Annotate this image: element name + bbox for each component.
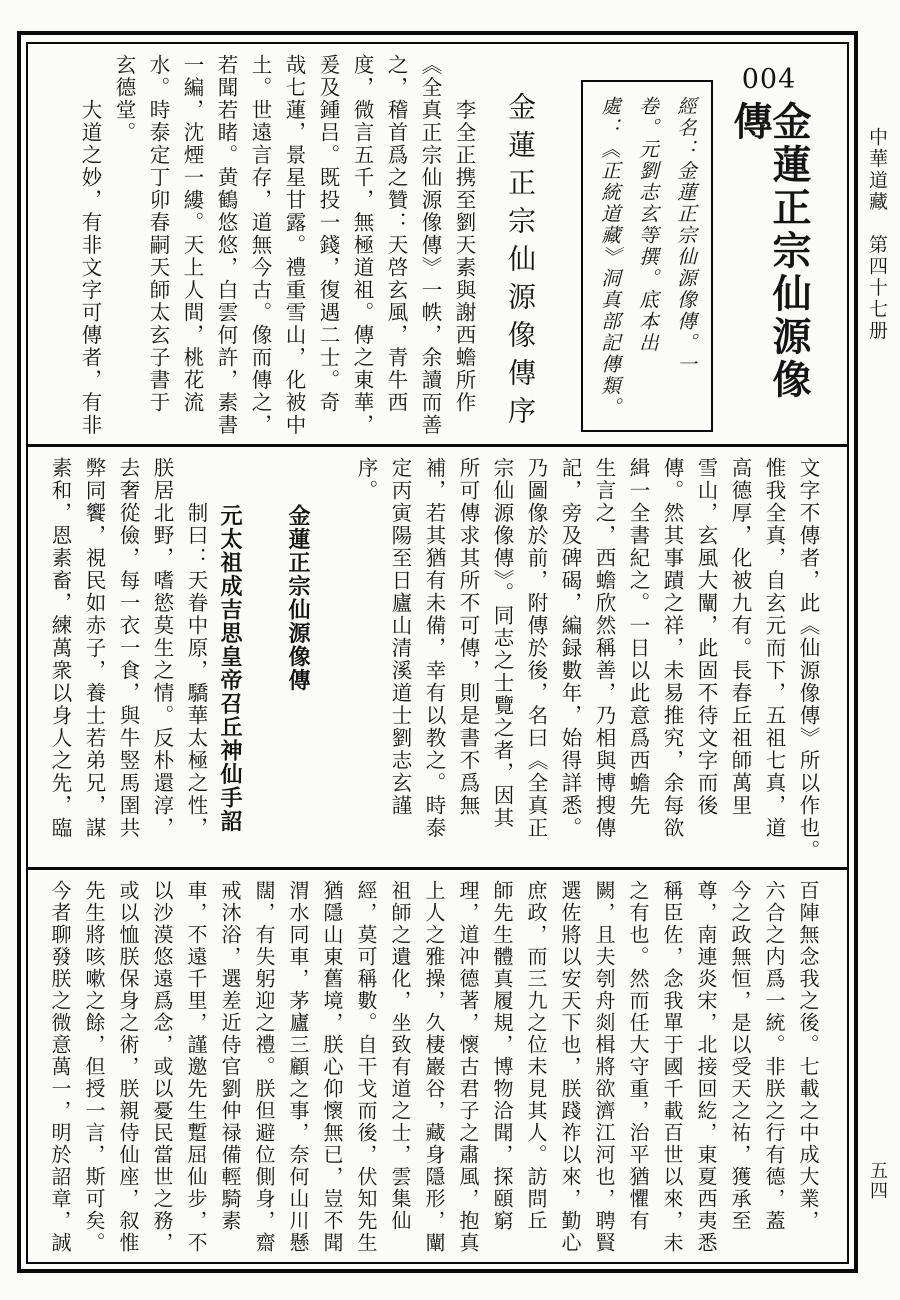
- text-column: 六合之内爲一統。非朕之行有德，蓋: [757, 880, 791, 1256]
- text-column: 今之政無恒，是以受天之祐，獲承至: [723, 880, 757, 1256]
- text-column: 一編，沈煙一縷。天上人間，桃花流: [175, 54, 209, 438]
- text-column: 庶政，而三九之位未見其人。訪問丘: [519, 880, 553, 1256]
- text-column: 記，旁及碑碣，編録數年，始得詳悉。: [553, 457, 587, 861]
- text-column: 百陣無念我之後。七載之中成大業，: [791, 880, 825, 1256]
- text-column: 理，道冲德著，懷古君子之肅風，抱真: [451, 880, 485, 1256]
- text-column: 之有也。然而任大守重，治平猶懼有: [621, 880, 655, 1256]
- text-column: 土。世遠言存，道無今古。像而傳之，: [243, 54, 277, 438]
- text-column: 今者聊發朕之微意萬一，明於詔章，誠: [43, 880, 77, 1256]
- register-middle: 文字不傳者，此《仙源像傳》所以作也。惟我全真，自玄元而下，五祖七真，道高德厚，化…: [28, 447, 847, 867]
- scanned-canon-page: 004 金蓮正宗仙源像傳 經名：金蓮正宗仙源像傳。一卷。元劉志玄等撰。底本出處：…: [0, 0, 900, 1300]
- text-column: 若聞若睹。黄鶴悠悠，白雲何許，素書: [209, 54, 243, 438]
- outer-border: 004 金蓮正宗仙源像傳 經名：金蓮正宗仙源像傳。一卷。元劉志玄等撰。底本出處：…: [17, 31, 858, 1273]
- colophon-column: 卷。元劉志玄等撰。底本出: [628, 96, 666, 416]
- colophon-box: 經名：金蓮正宗仙源像傳。一卷。元劉志玄等撰。底本出處：《正統道藏》洞真部記傳類。: [581, 80, 713, 432]
- series-code: 004: [742, 66, 797, 93]
- text-column: 度，微言五千，無極道祖。傳之東華，: [345, 54, 379, 438]
- text-column: 選佐將以安天下也，朕踐祚以來，勤心: [553, 880, 587, 1256]
- section-title-column: 元太祖成吉思皇帝召丘神仙手詔: [213, 457, 247, 861]
- text-column: 李全正携至劉天素與謝西蟾所作: [447, 54, 481, 438]
- colophon-column: 處：《正統道藏》洞真部記傳類。: [590, 96, 628, 416]
- spacer-column: [315, 457, 349, 861]
- page-number: 五四: [868, 1161, 886, 1201]
- text-column: 渭水同車，茅廬三顧之事，奈何山川懸: [281, 880, 315, 1256]
- text-column: 惟我全真，自玄元而下，五祖七真，道: [757, 457, 791, 861]
- text-column: 定丙寅陽至日廬山清溪道士劉志玄謹: [383, 457, 417, 861]
- register-top: 004 金蓮正宗仙源像傳 經名：金蓮正宗仙源像傳。一卷。元劉志玄等撰。底本出處：…: [28, 44, 847, 444]
- text-column: 雪山，玄風大闡，此固不待文字而後: [689, 457, 723, 861]
- text-column: 經，莫可稱數。自干戈而後，伏知先生: [349, 880, 383, 1256]
- text-column: 去奢從儉，每一衣一食，與牛竪馬圉共: [111, 457, 145, 861]
- text-column: 序。: [349, 457, 383, 861]
- register-bottom: 百陣無念我之後。七載之中成大業，六合之内爲一統。非朕之行有德，蓋今之政無恒，是以…: [28, 870, 847, 1262]
- text-column: 上人之雅操，久棲巖谷，藏身隱形，闡: [417, 880, 451, 1256]
- text-column: 《全真正宗仙源像傳》一帙，余讀而善: [413, 54, 447, 438]
- text-column: 闕，且夫刳舟剡楫將欲濟江河也，聘賢: [587, 880, 621, 1256]
- text-column: 所可傳求其所不可傳，則是書不爲無: [451, 457, 485, 861]
- page-title: 金蓮正宗仙源像傳: [730, 101, 808, 438]
- text-column: 緝一全書紀之。一日以此意爲西蟾先: [621, 457, 655, 861]
- text-column: 師先生體真履規，博物洽聞，探頤窮: [485, 880, 519, 1256]
- text-column: 車，不遠千里，謹邀先生蹔屈仙步，不: [179, 880, 213, 1256]
- text-column: 稱臣佐，念我單于國千載百世以來，未: [655, 880, 689, 1256]
- text-column: 乃圖像於前，附傳於後，名曰《全真正: [519, 457, 553, 861]
- text-column: 制曰：天眷中原，驕華太極之性，: [179, 457, 213, 861]
- text-column: 弊同饗，視民如赤子，養士若弟兄，謀: [77, 457, 111, 861]
- text-column: 大道之妙，有非文字可傳者，有非: [73, 54, 107, 438]
- text-column: 傳。然其事蹟之祥，未易推究，余每欲: [655, 457, 689, 861]
- text-column: 朕居北野，嗜慾莫生之情。反朴還淳，: [145, 457, 179, 861]
- text-column: 猶隱山東舊境，朕心仰懷無已，豈不聞: [315, 880, 349, 1256]
- inner-border: 004 金蓮正宗仙源像傳 經名：金蓮正宗仙源像傳。一卷。元劉志玄等撰。底本出處：…: [26, 42, 849, 1264]
- text-column: 以沙漠悠遠爲念，或以憂民當世之務，: [145, 880, 179, 1256]
- text-column: 哉七蓮，景星甘露。禮重雪山，化被中: [277, 54, 311, 438]
- text-column: 闊，有失躬迎之禮。朕但避位側身，齋: [247, 880, 281, 1256]
- text-column: 爰及鍾吕。既投一錢，復遇二士。奇: [311, 54, 345, 438]
- text-column: 尊，南連炎宋，北接回紇，東夏西夷悉: [689, 880, 723, 1256]
- text-column: 文字不傳者，此《仙源像傳》所以作也。: [791, 457, 825, 861]
- collection-volume-label: 中華道藏 第四十七册: [867, 127, 886, 342]
- preface-title-column: 金蓮正宗仙源像傳序: [493, 54, 547, 438]
- text-column: 祖師之遺化，坐致有道之士，雲集仙: [383, 880, 417, 1256]
- text-column: 水。時泰定丁卯春嗣天師太玄子書于: [141, 54, 175, 438]
- section-title-column: 金蓮正宗仙源像傳: [281, 457, 315, 861]
- text-column: 玄德堂。: [107, 54, 141, 438]
- text-column: 戒沐浴，選差近侍官劉仲禄備輕騎素: [213, 880, 247, 1256]
- text-column: 先生將咳嗽之餘，但授一言，斯可矣。: [77, 880, 111, 1256]
- colophon-column: 經名：金蓮正宗仙源像傳。一: [666, 96, 704, 416]
- text-column: 生言之，西蟾欣然稱善，乃相與博搜傳: [587, 457, 621, 861]
- text-column: 宗仙源像傳》。同志之士覽之者，因其: [485, 457, 519, 861]
- spacer-column: [247, 457, 281, 861]
- text-column: 補，若其猶有未備，幸有以教之。時泰: [417, 457, 451, 861]
- text-column: 素和，恩素畜，練萬衆以身人之先，臨: [43, 457, 77, 861]
- masthead: 004 金蓮正宗仙源像傳: [713, 54, 825, 438]
- text-column: 之，稽首爲之贊：天啓玄風，青牛西: [379, 54, 413, 438]
- text-column: 或以恤朕保身之術，朕親侍仙座，叙惟: [111, 880, 145, 1256]
- text-column: 高德厚，化被九有。長春丘祖師萬里: [723, 457, 757, 861]
